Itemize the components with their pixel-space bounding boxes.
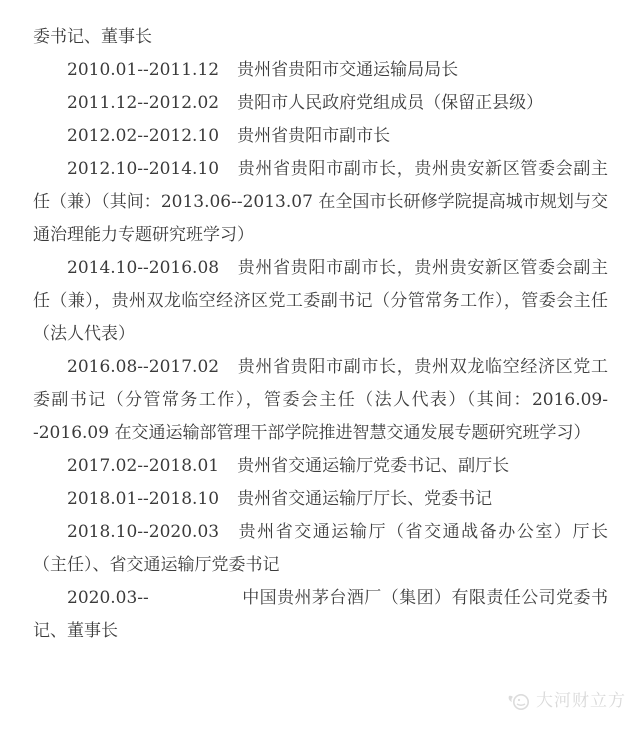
- career-entry: 2018.10--2020.03贵州省交通运输厅（省交通战备办公室）厅长（主任）…: [33, 516, 608, 582]
- career-entry: 2020.03--中国贵州茅台酒厂（集团）有限责任公司党委书记、董事长: [33, 582, 608, 648]
- career-entry: 2012.10--2014.10贵州省贵阳市副市长，贵州贵安新区管委会副主任（兼…: [33, 153, 608, 252]
- continuation-line: 委书记、董事长: [33, 21, 608, 54]
- entry-date: 2018.10--2020.03: [67, 522, 219, 542]
- career-entry: 2014.10--2016.08贵州省贵阳市副市长，贵州贵安新区管委会副主任（兼…: [33, 252, 608, 351]
- entry-date: 2018.01--2018.10: [67, 489, 219, 509]
- career-entry: 2011.12--2012.02贵阳市人民政府党组成员（保留正县级）: [33, 87, 608, 120]
- entry-date: 2011.12--2012.02: [67, 93, 219, 113]
- entry-description: 贵阳市人民政府党组成员（保留正县级）: [237, 93, 543, 113]
- career-entry: 2010.01--2011.12贵州省贵阳市交通运输局局长: [33, 54, 608, 87]
- entry-date: 2012.10--2014.10: [67, 159, 219, 179]
- career-entry: 2012.02--2012.10贵州省贵阳市副市长: [33, 120, 608, 153]
- entry-date: 2012.02--2012.10: [67, 126, 219, 146]
- dahe-caifang-logo-icon: [507, 690, 533, 712]
- entry-date: 2016.08--2017.02: [67, 357, 219, 377]
- entry-description: 贵州省交通运输厅厅长、党委书记: [237, 489, 492, 509]
- entry-date: 2017.02--2018.01: [67, 456, 219, 476]
- entry-date: 2020.03--: [67, 588, 149, 608]
- entry-description: 贵州省贵阳市交通运输局局长: [237, 60, 458, 80]
- document-page: 委书记、董事长 2010.01--2011.12贵州省贵阳市交通运输局局长 20…: [0, 0, 641, 648]
- entry-description: 贵州省交通运输厅党委书记、副厅长: [237, 456, 509, 476]
- entry-description: 贵州省贵阳市副市长: [237, 126, 390, 146]
- career-entry: 2017.02--2018.01贵州省交通运输厅党委书记、副厅长: [33, 450, 608, 483]
- entry-date: 2010.01--2011.12: [67, 60, 219, 80]
- career-entry: 2016.08--2017.02贵州省贵阳市副市长，贵州双龙临空经济区党工委副书…: [33, 351, 608, 450]
- career-entry: 2018.01--2018.10贵州省交通运输厅厅长、党委书记: [33, 483, 608, 516]
- entry-date: 2014.10--2016.08: [67, 258, 219, 278]
- watermark-text: 大河财立方: [536, 690, 626, 712]
- watermark: 大河财立方: [507, 690, 626, 712]
